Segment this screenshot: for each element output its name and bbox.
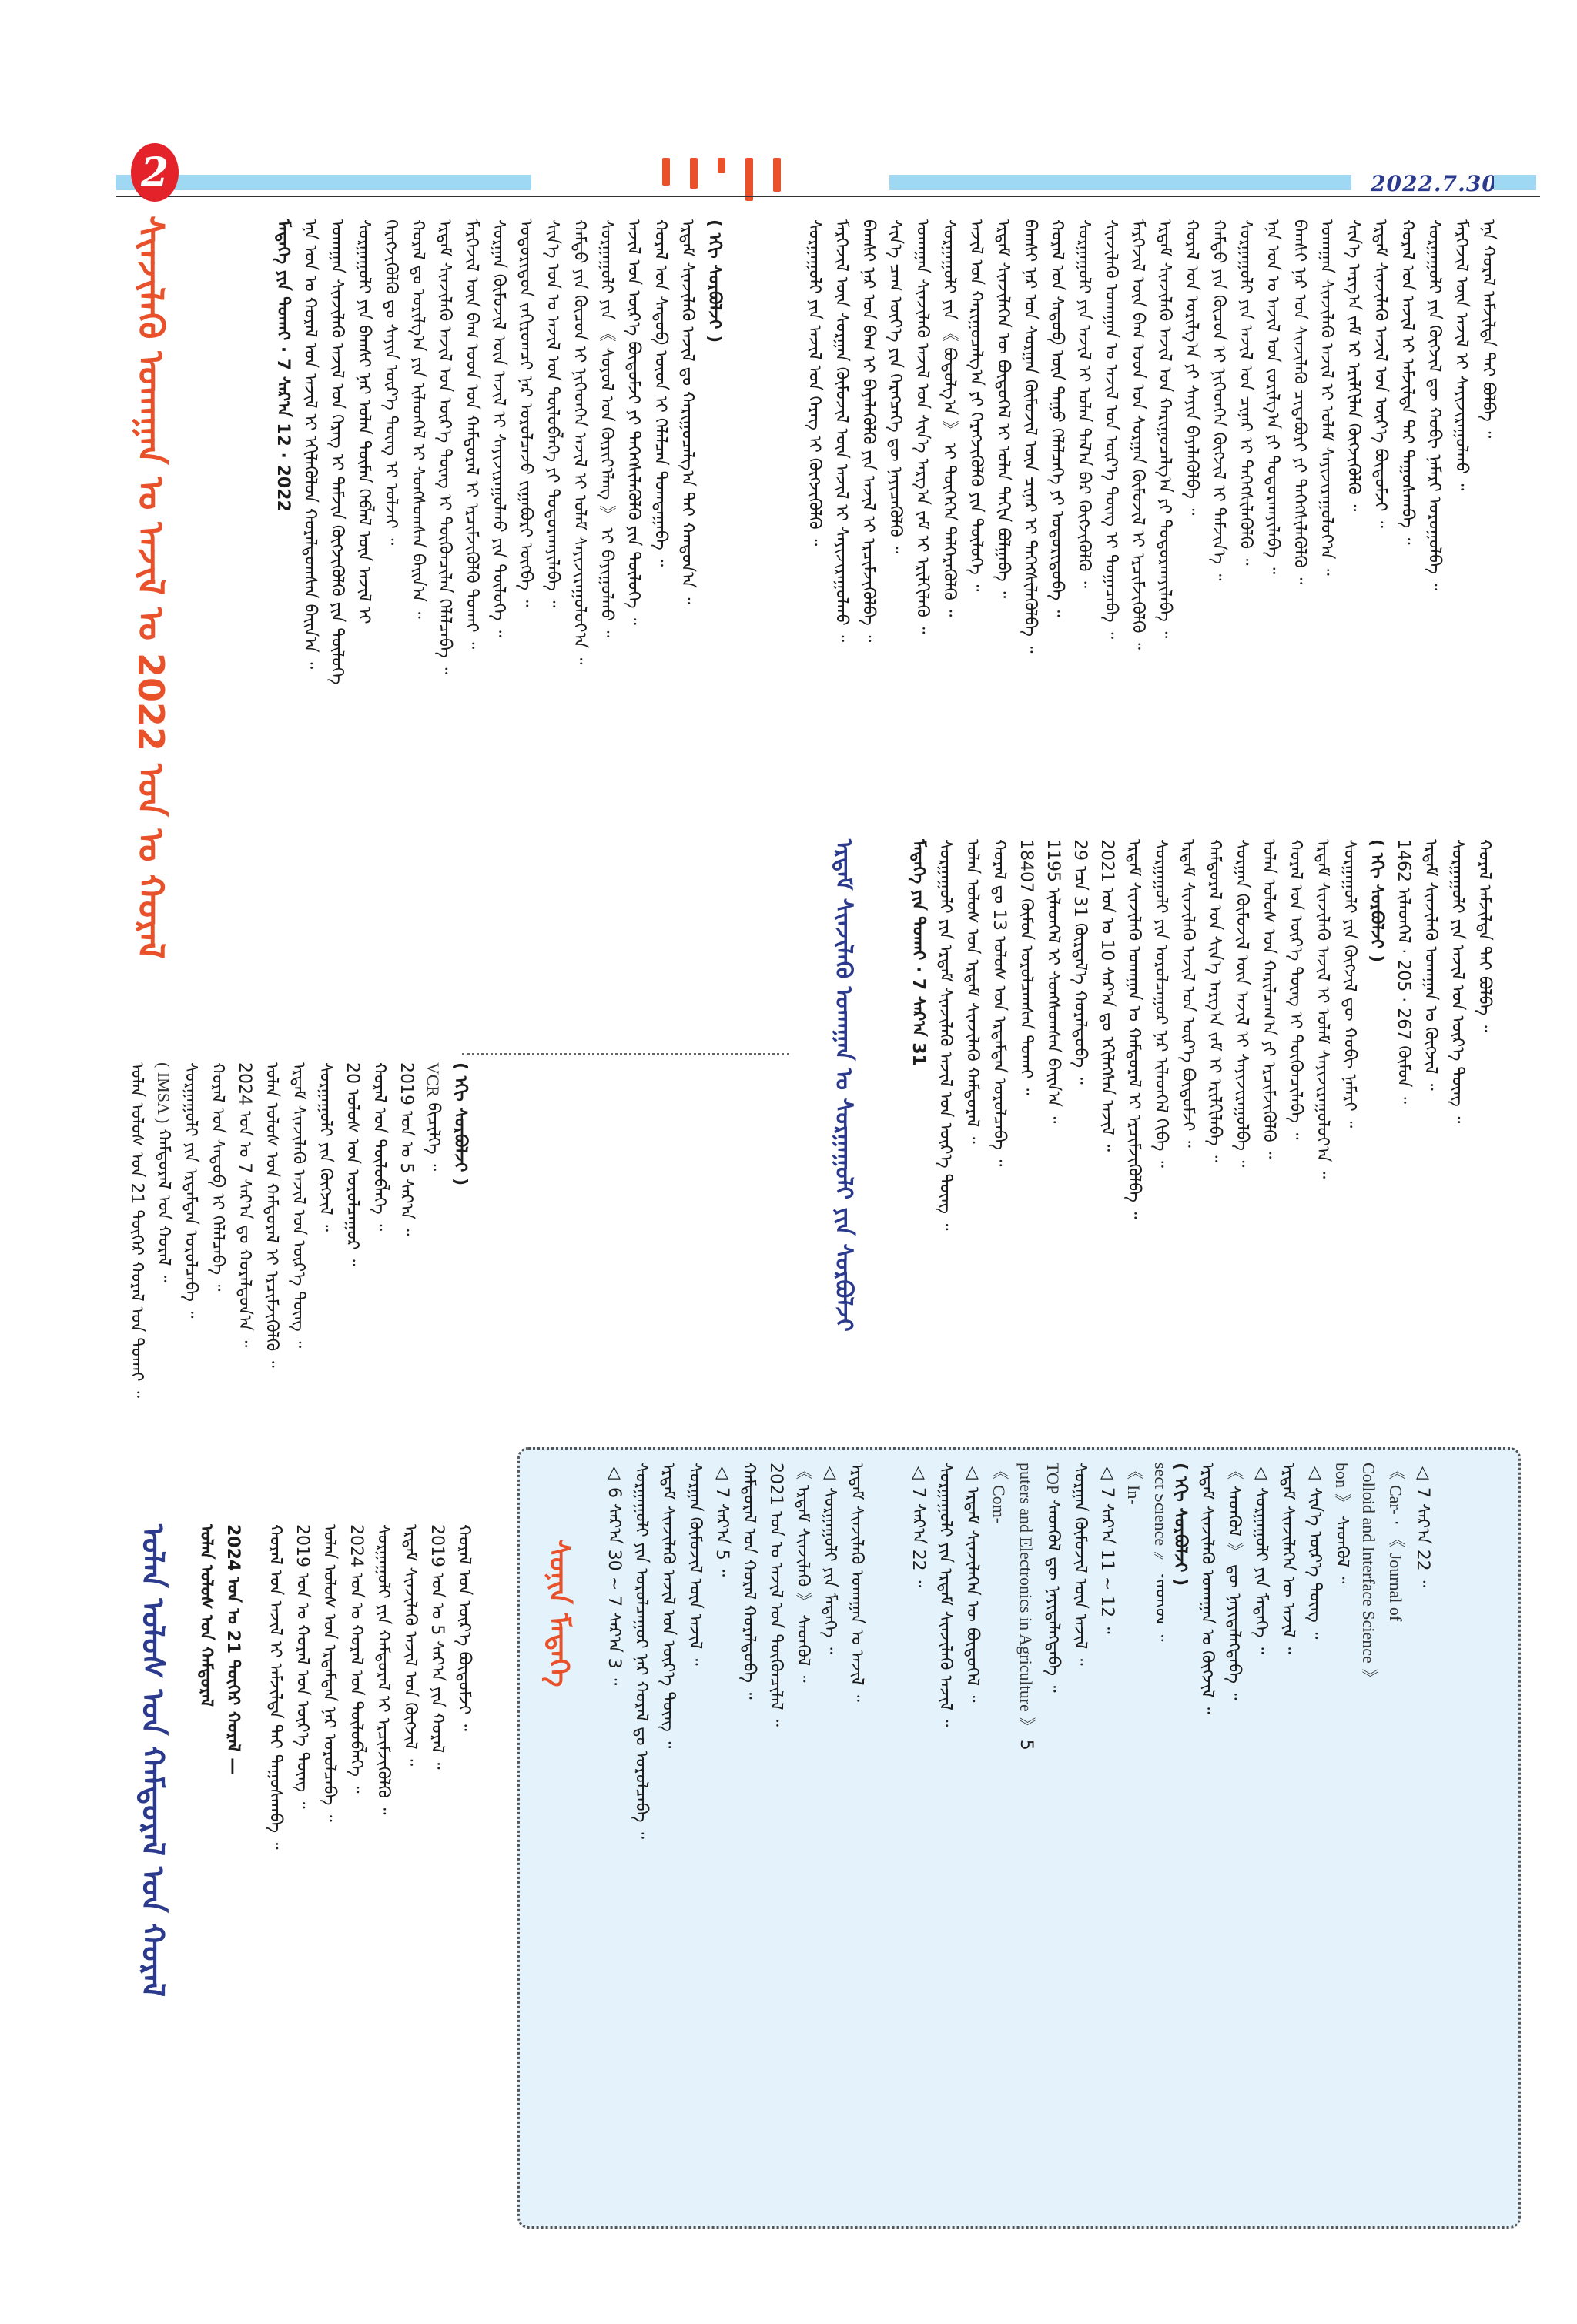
header-bar-right — [889, 175, 1351, 190]
article-1-body: ᠮᠡᠳᠡᠭᠡ ᠶᠢᠨ ᠲᠤᠬᠠᠢ · 7 ᠰᠠᠷ᠎ᠠ 12 · 2022 ᠡᠨᠡ… — [270, 219, 793, 1035]
vcr-abbr: VCR — [424, 1062, 443, 1097]
news-brief-body-2: △ 7 ᠰᠠᠷ᠎ᠠ 22 ᠃ ᠰᠤᠷᠭᠠᠭᠤᠯᠢ ᠶᠢᠨ ᠡᠷᠳᠡᠮ ᠰᠢᠨᠵᠢ… — [905, 1463, 1163, 2217]
news-brief-body-1: △ 6 ᠰᠠᠷ᠎ᠠ 30 ~ 7 ᠰᠠᠷ᠎ᠠ 3 ᠃ ᠰᠤᠷᠭᠠᠭᠤᠯᠢ ᠶᠢᠨ… — [601, 1463, 901, 2217]
article-1-separator — [462, 1053, 789, 1055]
triangle-marker-icon: △ — [1305, 1463, 1324, 1482]
article-2-source-tag: ( ᠡᠬᠢ ᠰᠤᠷᠪᠤᠯᠵᠢ ) — [1363, 839, 1390, 1440]
page-number-badge: 2 — [131, 143, 179, 202]
issue-date: 2022.7.30 — [1371, 171, 1498, 196]
news-brief-source-tag: ( ᠡᠬᠢ ᠰᠤᠷᠪᠤᠯᠵᠢ ) — [1167, 1463, 1194, 2217]
article-1-headline: ᠰᠢᠨᠵᠢᠯᠡᠬᠦ ᠤᠬᠠᠭᠠᠨ ᠤ ᠠᠵᠢᠯ ᠤ 2022 ᠣᠨ ᠤ ᠬᠤᠷᠠ… — [127, 216, 175, 1024]
article-3-body: ᠣᠯᠠᠨ ᠤᠯᠤᠰ ᠤᠨ 21 ᠳᠦᠭᠡᠷ ᠬᠤᠷᠠᠯ ᠤᠨ ᠲᠤᠬᠠᠢ ᠃ (… — [123, 1062, 508, 1463]
journal-insect-science: sect Science — [1151, 1463, 1163, 1546]
journal-com: Com- — [989, 1485, 1009, 1523]
article-1-source-tag: ( ᠡᠬᠢ ᠰᠤᠷᠪᠤᠯᠵᠢ ) — [701, 219, 728, 1035]
article-3-source-tag: ( ᠡᠬᠢ ᠰᠤᠷᠪᠤᠯᠵᠢ ) — [447, 1062, 474, 1463]
masthead-logo — [662, 158, 781, 204]
imsa-abbr: ( IMSA ) — [154, 1062, 173, 1123]
triangle-marker-icon: △ — [909, 1463, 928, 1482]
triangle-marker-icon: △ — [1251, 1463, 1271, 1482]
article-2-byline: ᠮᠡᠳᠡᠭᠡ ᠶᠢᠨ ᠲᠤᠬᠠᠢ · 7 ᠰᠠᠷ᠎ᠠ 31 — [905, 839, 932, 1440]
journal-colloid-interface-science: Colloid and Interface Science — [1359, 1463, 1378, 1664]
triangle-marker-icon: △ — [820, 1463, 839, 1482]
top-label: TOP — [1043, 1463, 1063, 1494]
article-2-headline: ᠡᠷᠳᠡᠮ ᠰᠢᠨᠵᠢᠯᠡᠬᠦ ᠤᠬᠠᠭᠠᠨ ᠤ ᠰᠤᠷᠭᠠᠭᠤᠯᠢ ᠶᠢᠨ ᠰ… — [828, 839, 897, 1440]
article-1-byline: ᠮᠡᠳᠡᠭᠡ ᠶᠢᠨ ᠲᠤᠬᠠᠢ · 7 ᠰᠠᠷ᠎ᠠ 12 · 2022 — [270, 219, 296, 1035]
header-bar-end — [1494, 175, 1536, 190]
article-3-headline: ᠣᠯᠠᠨ ᠤᠯᠤᠰ ᠤᠨ ᠬᠠᠮᠲᠤᠷᠠᠯ ᠤᠨ ᠬᠤᠷᠠᠯ — [131, 1524, 177, 2217]
news-brief-title: ᠰᠣᠨᠢᠨ ᠮᠡᠳᠡᠭᠡ — [539, 1540, 578, 1847]
article-3-body-continued: ᠬᠤᠷᠠᠯ ᠤᠨ ᠠᠵᠢᠯ ᠢ ᠠᠮᠵᠢᠯᠲᠠ ᠲᠠᠢ ᠳᠠᠭᠤᠰᠬᠠᠪᠠ ᠃ … — [262, 1524, 508, 2217]
header-rule — [116, 196, 1540, 197]
news-brief-body-3: ( ᠡᠬᠢ ᠰᠤᠷᠪᠤᠯᠵᠢ ) ᠡᠷᠳᠡᠮ ᠰᠢᠨᠵᠢᠯᠡᠬᠦ ᠤᠬᠠᠭᠠᠨ … — [1167, 1463, 1513, 2217]
article-2-body: ᠮᠡᠳᠡᠭᠡ ᠶᠢᠨ ᠲᠤᠬᠠᠢ · 7 ᠰᠠᠷ᠎ᠠ 31 ᠰᠤᠷᠭᠠᠭᠤᠯᠢ … — [905, 839, 1540, 1440]
journal-computers-electronics-agriculture: puters and Electronics in Agriculture — [1016, 1463, 1036, 1712]
journal-bon: bon — [1332, 1463, 1351, 1488]
triangle-marker-icon: △ — [1097, 1463, 1117, 1482]
journal-of: Journal of — [1386, 1553, 1405, 1622]
triangle-marker-icon: △ — [604, 1463, 624, 1482]
article-3-subhead: ᠣᠯᠠᠨ ᠤᠯᠤᠰ ᠤᠨ ᠬᠠᠮᠲᠤᠷᠠᠯ 2024 ᠣᠨ ᠤ 21 ᠳᠦᠭᠡᠷ… — [193, 1524, 254, 2217]
journal-car: Car- — [1386, 1485, 1405, 1515]
article-1-body-continued: ᠰᠤᠷᠭᠠᠭᠤᠯᠢ ᠶᠢᠨ ᠠᠵᠢᠯ ᠤᠨ ᠬᠡᠷᠡᠭ ᠢ ᠬᠥᠭᠵᠢᠭᠦᠯᠬᠦ… — [801, 219, 1540, 828]
triangle-marker-icon: △ — [1413, 1463, 1432, 1482]
triangle-marker-icon: △ — [712, 1463, 732, 1482]
triangle-marker-icon: △ — [963, 1463, 982, 1482]
journal-in: In- — [1124, 1485, 1143, 1505]
